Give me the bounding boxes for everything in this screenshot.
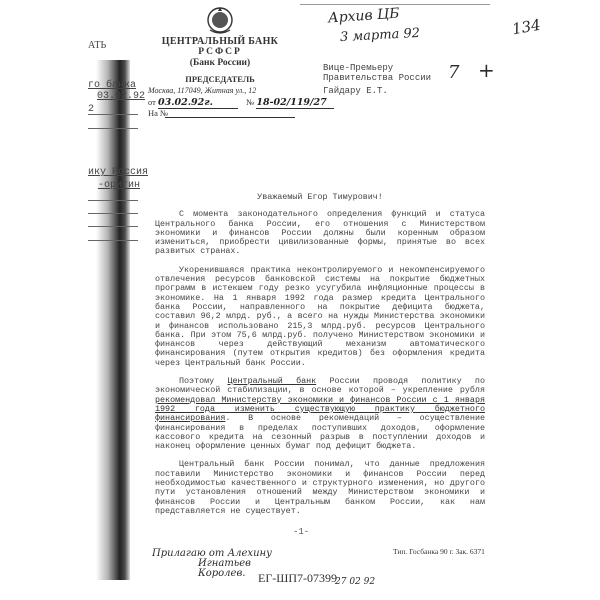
paragraph: С момента законодательного определения ф… <box>155 210 485 256</box>
recipient-block: Вице-Премьеру Правительства России Гайда… <box>323 63 431 96</box>
margin-rule <box>88 114 138 115</box>
margin-rule <box>88 240 138 241</box>
bank-republic: РСФСР <box>150 47 290 57</box>
archive-note: Архив ЦБ <box>328 6 401 27</box>
from-prefix: от <box>148 97 156 107</box>
date-number-row: от 03.02.92г. № 18-02/119/27 <box>148 97 334 109</box>
letter-date: 03.02.92г. <box>158 97 238 109</box>
resolution-line: Королев. <box>152 569 272 579</box>
recipient-org: Правительства России <box>323 73 431 83</box>
bank-subtitle: (Банк России) <box>150 58 290 68</box>
margin-fragment-1: го банка <box>88 80 136 91</box>
coat-of-arms-icon <box>205 4 235 36</box>
archive-date: 3 марта 92 <box>340 26 421 45</box>
margin-rule <box>88 128 138 129</box>
recipient-title: Вице-Премьеру <box>323 63 431 73</box>
greeting: Уважаемый Егор Тимурович! <box>155 193 485 202</box>
letter-number: 18-02/119/27 <box>256 97 334 109</box>
margin-rule <box>88 213 138 214</box>
handwritten-mark: 7 <box>448 62 459 83</box>
paragraph: Укоренившаяся практика неконтролируемого… <box>155 266 485 368</box>
scan-binding-shadow <box>96 60 130 580</box>
margin-fragment-5: -оригин <box>98 180 140 191</box>
print-info: Тип. Госбанка 90 г. Зак. 6371 <box>393 547 485 556</box>
margin-rule <box>88 200 138 201</box>
sender-title: ПРЕДСЕДАТЕЛЬ <box>150 74 290 84</box>
handwritten-resolution: Прилагаю от Алехину Игнатьев Королев. <box>152 549 272 579</box>
archive-page-number: 134 <box>511 16 542 39</box>
bank-name: ЦЕНТРАЛЬНЫЙ БАНК <box>150 36 290 47</box>
handwritten-mark: + <box>478 58 495 82</box>
paragraph: Центральный банк России понимал, что дан… <box>155 460 485 516</box>
page-marker: -1- <box>293 527 309 537</box>
letter-body: Уважаемый Егор Тимурович! С момента зако… <box>155 193 485 525</box>
margin-fragment-4: ику Россия <box>88 167 148 178</box>
paragraph: Поэтому Центральный банк России проводя … <box>155 377 485 451</box>
recipient-name: Гайдару Е.Т. <box>323 86 431 96</box>
reply-to-line <box>165 117 295 118</box>
handwritten-date: 27 02 92 <box>335 577 375 587</box>
number-prefix: № <box>246 97 254 107</box>
margin-fragment-top: АТЬ <box>88 40 106 51</box>
margin-fragment-2: 03.02.92 <box>97 91 145 102</box>
sender-address: Москва, 117049, Житная ул., 12 <box>148 86 256 95</box>
margin-rule <box>88 226 138 227</box>
